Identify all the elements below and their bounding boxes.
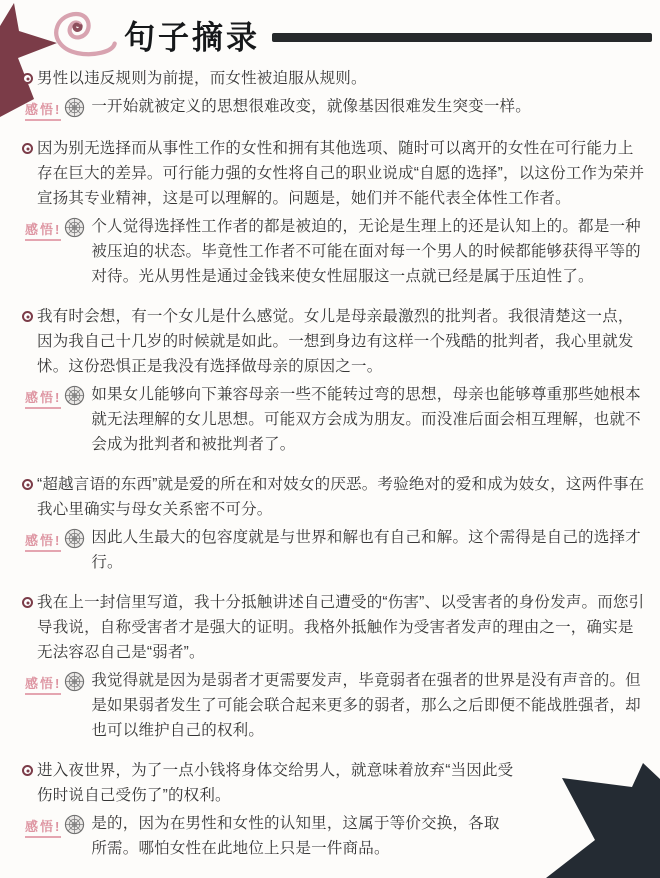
- reflection-text: 个人觉得选择性工作者的都是被迫的，无论是生理上的还是认知上的。都是一种被压迫的状…: [91, 214, 646, 289]
- bullseye-bullet-icon: [22, 765, 33, 776]
- reflection-text: 因此人生最大的包容度就是与世界和解也有自己和解。这个需得是自己的选择才行。: [91, 525, 646, 575]
- header-rule: [272, 33, 652, 42]
- reflection-text: 是的，因为在男性和女性的认知里，这属于等价交换，各取所需。哪怕女性在此地位上只是…: [91, 811, 509, 861]
- bullseye-bullet-icon: [22, 479, 33, 490]
- reflection-row: 感悟! 因此人生最大的包容度就是与世界和解也有自己和解。这个需得是自己的选择才行…: [22, 525, 646, 575]
- reflection-label: 感悟!: [25, 384, 61, 409]
- bullseye-bullet-icon: [22, 311, 33, 322]
- excerpt-entry: 我有时会想，有一个女儿是什么感觉。女儿是母亲最激烈的批判者。我很清楚这一点，因为…: [22, 304, 646, 457]
- reflection-text: 如果女儿能够向下兼容母亲一些不能转过弯的思想，母亲也能够尊重那些她根本就无法理解…: [91, 382, 646, 457]
- spiral-shell-icon: [52, 8, 120, 60]
- quote-row: 我在上一封信里写道，我十分抵触讲述自己遭受的“伤害”、以受害者的身份发声。而您引…: [22, 590, 646, 665]
- notes-page: 句子摘录 男性以违反规则为前提，而女性被迫服从规则。 感悟! 一开始就被定义的思…: [0, 0, 660, 878]
- reflection-label: 感悟!: [25, 670, 61, 695]
- quote-text: 我有时会想，有一个女儿是什么感觉。女儿是母亲最激烈的批判者。我很清楚这一点，因为…: [37, 304, 646, 379]
- shell-web-icon: [64, 671, 85, 692]
- shell-web-icon: [64, 814, 85, 835]
- bullseye-bullet-icon: [22, 73, 33, 84]
- page-title: 句子摘录: [124, 10, 260, 57]
- reflection-label: 感悟!: [25, 216, 61, 241]
- excerpt-entry: 因为别无选择而从事性工作的女性和拥有其他选项、随时可以离开的女性在可行能力上存在…: [22, 136, 646, 289]
- shell-web-icon: [64, 217, 85, 238]
- excerpt-entry: 我在上一封信里写道，我十分抵触讲述自己遭受的“伤害”、以受害者的身份发声。而您引…: [22, 590, 646, 743]
- quote-row: 男性以违反规则为前提，而女性被迫服从规则。: [22, 66, 646, 91]
- page-header: 句子摘录: [0, 0, 660, 58]
- reflection-label: 感悟!: [25, 813, 61, 838]
- reflection-row: 感悟! 个人觉得选择性工作者的都是被迫的，无论是生理上的还是认知上的。都是一种被…: [22, 214, 646, 289]
- quote-row: 进入夜世界，为了一点小钱将身体交给男人，就意味着放弃“当因此受伤时说自己受伤了”…: [22, 758, 646, 808]
- excerpt-entry: 进入夜世界，为了一点小钱将身体交给男人，就意味着放弃“当因此受伤时说自己受伤了”…: [22, 758, 646, 861]
- reflection-row: 感悟! 如果女儿能够向下兼容母亲一些不能转过弯的思想，母亲也能够尊重那些她根本就…: [22, 382, 646, 457]
- reflection-text: 我觉得就是因为是弱者才更需要发声，毕竟弱者在强者的世界是没有声音的。但是如果弱者…: [91, 668, 646, 743]
- quote-text: 男性以违反规则为前提，而女性被迫服从规则。: [37, 66, 646, 91]
- excerpt-list: 男性以违反规则为前提，而女性被迫服从规则。 感悟! 一开始就被定义的思想很难改变…: [0, 58, 660, 861]
- bullseye-bullet-icon: [22, 143, 33, 154]
- shell-web-icon: [64, 97, 85, 118]
- excerpt-entry: “超越言语的东西”就是爱的所在和对妓女的厌恶。考验绝对的爱和成为妓女，这两件事在…: [22, 472, 646, 575]
- shell-web-icon: [64, 385, 85, 406]
- excerpt-entry: 男性以违反规则为前提，而女性被迫服从规则。 感悟! 一开始就被定义的思想很难改变…: [22, 66, 646, 121]
- quote-text: 进入夜世界，为了一点小钱将身体交给男人，就意味着放弃“当因此受伤时说自己受伤了”…: [37, 758, 529, 808]
- quote-text: 因为别无选择而从事性工作的女性和拥有其他选项、随时可以离开的女性在可行能力上存在…: [37, 136, 646, 211]
- quote-text: “超越言语的东西”就是爱的所在和对妓女的厌恶。考验绝对的爱和成为妓女，这两件事在…: [37, 472, 646, 522]
- quote-row: 因为别无选择而从事性工作的女性和拥有其他选项、随时可以离开的女性在可行能力上存在…: [22, 136, 646, 211]
- bullseye-bullet-icon: [22, 597, 33, 608]
- quote-row: 我有时会想，有一个女儿是什么感觉。女儿是母亲最激烈的批判者。我很清楚这一点，因为…: [22, 304, 646, 379]
- reflection-row: 感悟! 是的，因为在男性和女性的认知里，这属于等价交换，各取所需。哪怕女性在此地…: [22, 811, 646, 861]
- reflection-row: 感悟! 我觉得就是因为是弱者才更需要发声，毕竟弱者在强者的世界是没有声音的。但是…: [22, 668, 646, 743]
- shell-web-icon: [64, 528, 85, 549]
- reflection-label: 感悟!: [25, 527, 61, 552]
- quote-text: 我在上一封信里写道，我十分抵触讲述自己遭受的“伤害”、以受害者的身份发声。而您引…: [37, 590, 646, 665]
- reflection-text: 一开始就被定义的思想很难改变，就像基因很难发生突变一样。: [91, 94, 646, 119]
- reflection-row: 感悟! 一开始就被定义的思想很难改变，就像基因很难发生突变一样。: [22, 94, 646, 121]
- reflection-label: 感悟!: [25, 96, 61, 121]
- quote-row: “超越言语的东西”就是爱的所在和对妓女的厌恶。考验绝对的爱和成为妓女，这两件事在…: [22, 472, 646, 522]
